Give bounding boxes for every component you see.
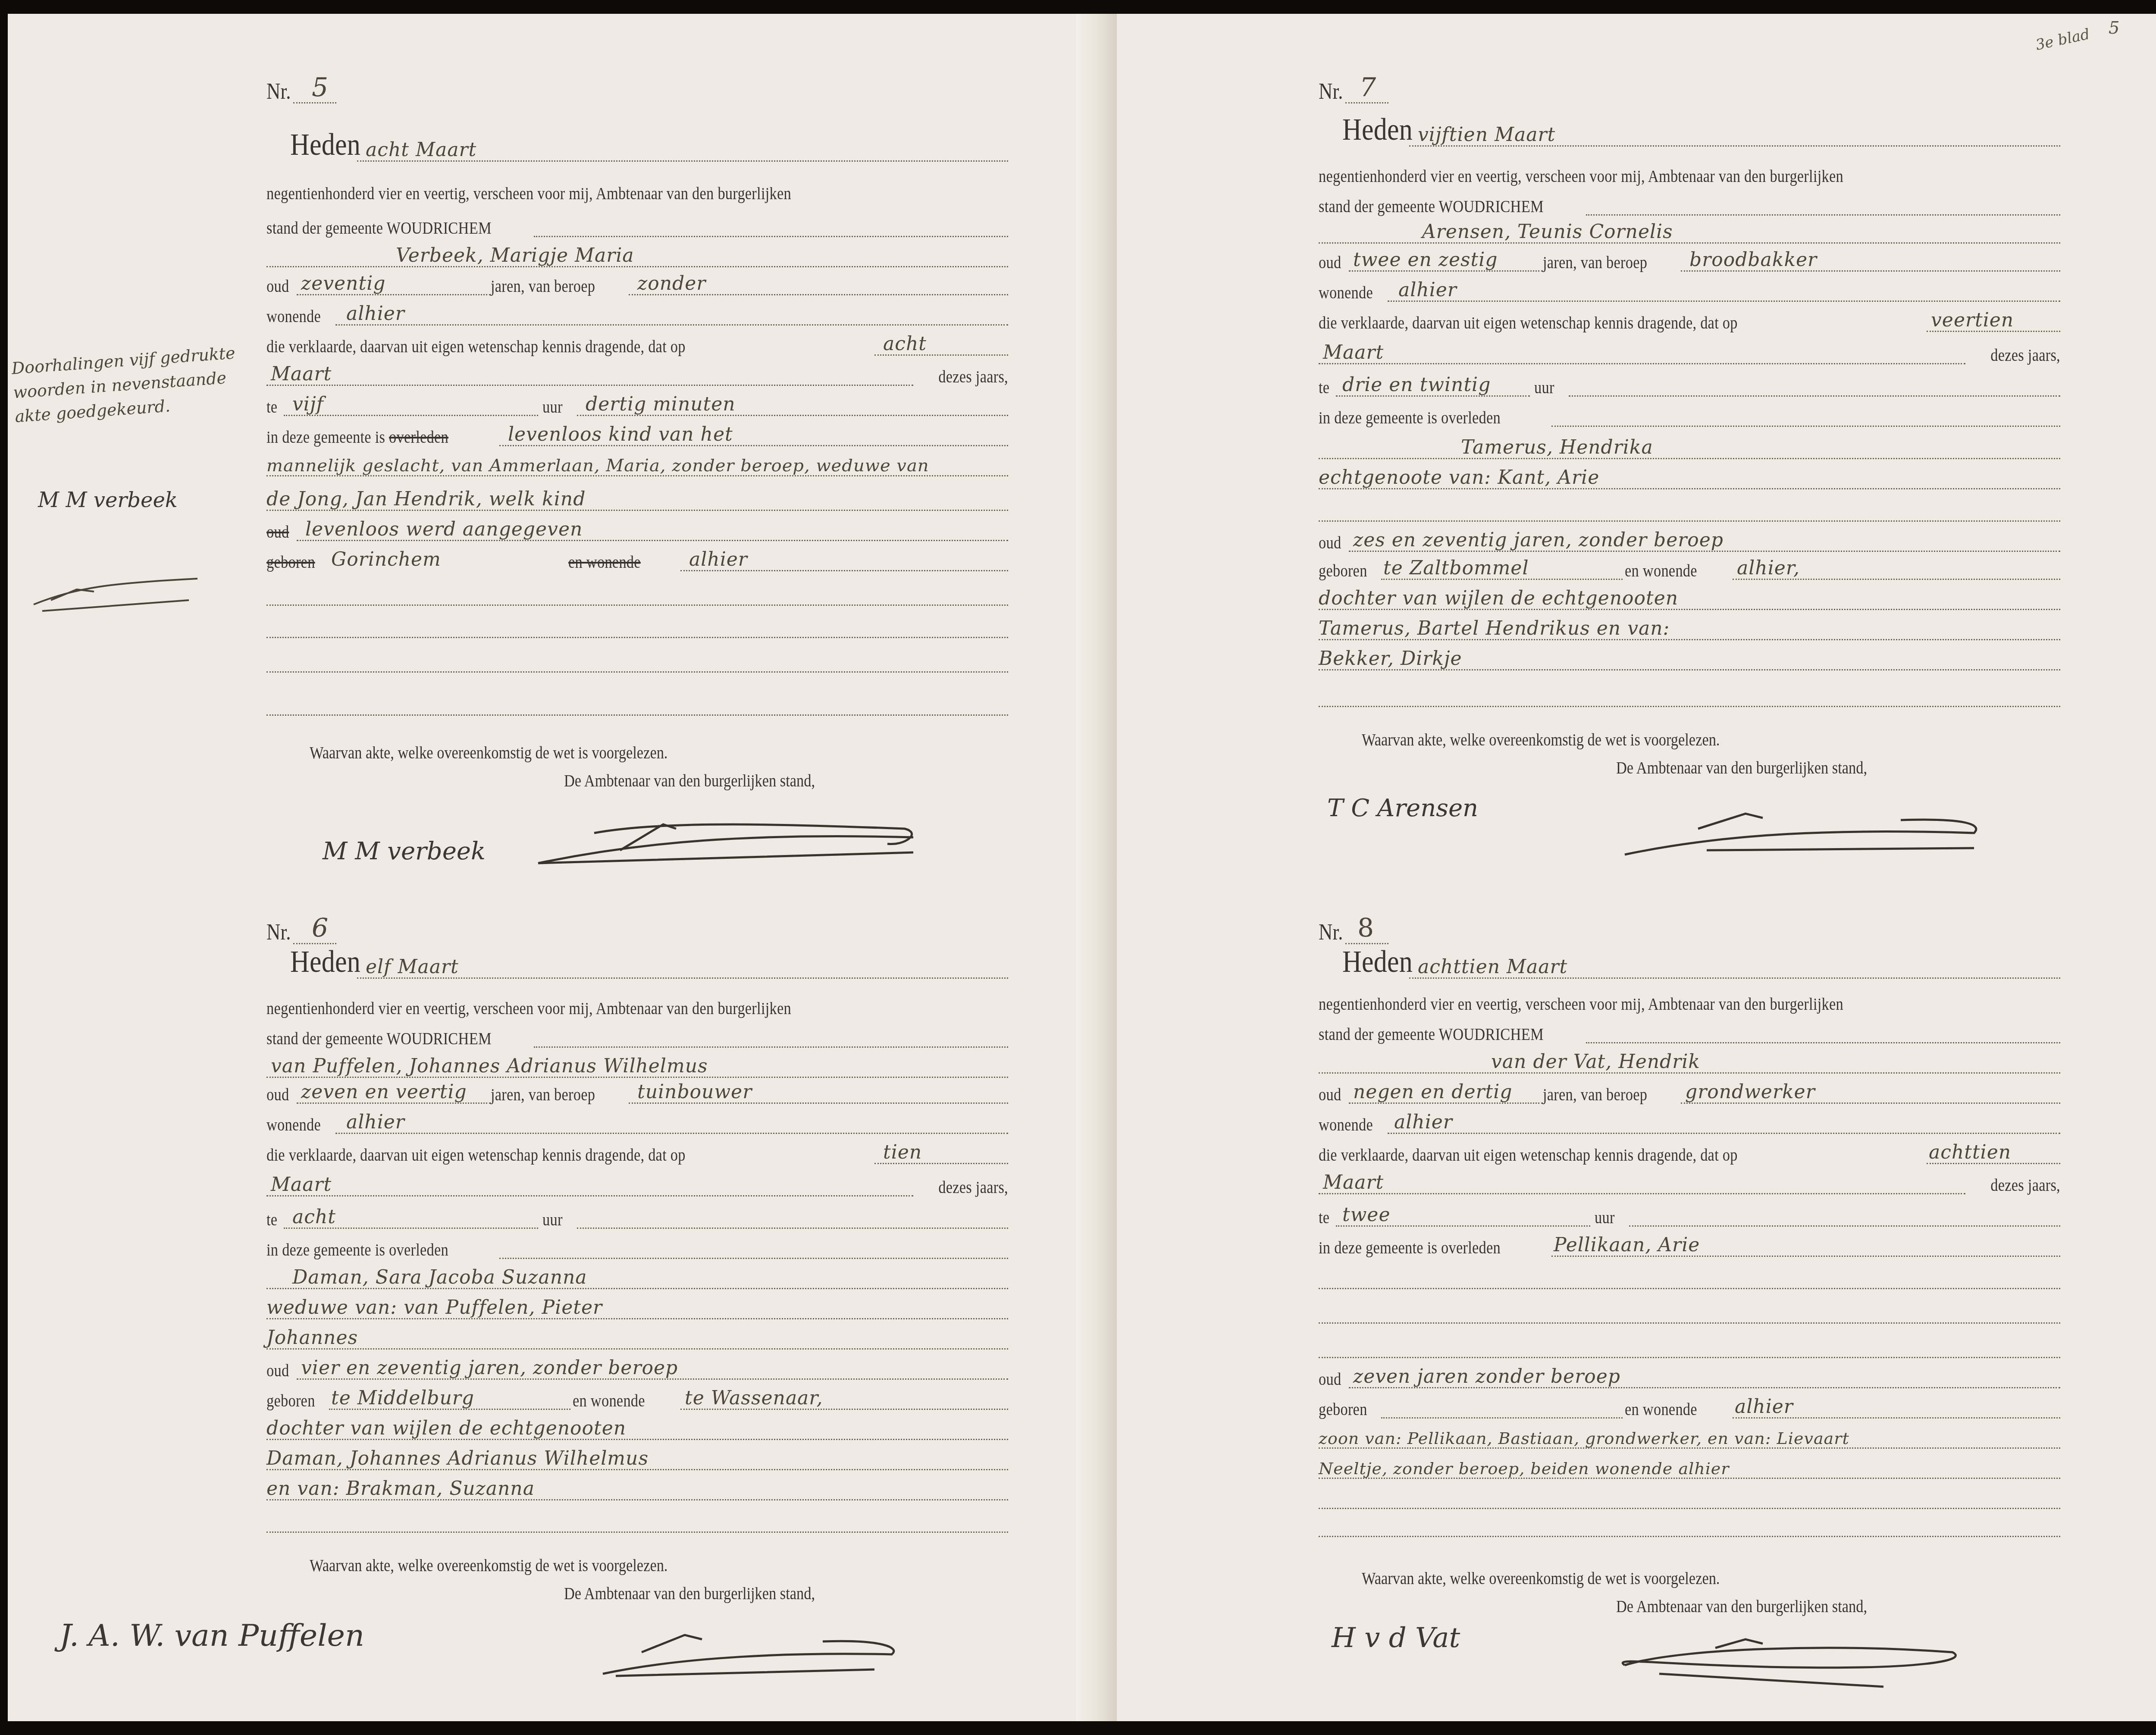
declarant-occupation: broodbakker [1689, 249, 1817, 271]
parents-line-2: Daman, Johannes Adrianus Wilhelmus [266, 1447, 649, 1469]
verklaarde-line: die verklaarde, daarvan uit eigen wetens… [1319, 1145, 1738, 1165]
en-wonende-label: en wonende [573, 1391, 645, 1411]
akte-number: 8 [1357, 913, 1374, 943]
deceased-line-1: Pellikaan, Arie [1554, 1234, 1700, 1256]
deceased-line-3: Johannes [266, 1327, 358, 1349]
heden-date: vijftien Maart [1418, 124, 1555, 146]
deceased-line-2: mannelijk geslacht, van Ammerlaan, Maria… [266, 456, 929, 476]
death-hour: twee [1342, 1204, 1390, 1226]
wonende-label: wonende [266, 1115, 321, 1135]
corner-mark: 5 [2109, 18, 2119, 38]
jaren-beroep-label: jaren, van beroep [491, 276, 595, 296]
official-title: De Ambtenaar van den burgerlijken stand, [1616, 758, 1867, 778]
declarant-residence: alhier [346, 303, 405, 325]
declarant-name: Arensen, Teunis Cornelis [1422, 221, 1673, 243]
akte-number: 6 [312, 913, 329, 943]
deceased-line-3: de Jong, Jan Hendrik, welk kind [266, 488, 586, 510]
declarant-name: Verbeek, Marigje Maria [396, 244, 634, 266]
margin-official-signature [25, 570, 206, 613]
declarant-name: van der Vat, Hendrik [1491, 1051, 1700, 1073]
declarant-residence: alhier [1394, 1111, 1453, 1133]
akte-number: 5 [312, 72, 329, 103]
preamble-line: negentienhonderd vier en veertig, versch… [266, 998, 791, 1018]
uur-label: uur [542, 1209, 563, 1230]
residing: alhier [689, 548, 748, 570]
jaren-beroep-label: jaren, van beroep [1543, 252, 1647, 272]
geboren-label: geboren [1319, 1399, 1367, 1419]
en-wonende-label: en wonende [1625, 561, 1697, 581]
deceased-age-occupation: zeven jaren zonder beroep [1353, 1365, 1620, 1387]
heden-label: Heden [290, 127, 360, 162]
declarant-signature: H v d Vat [1332, 1622, 1460, 1654]
closing-statement: Waarvan akte, welke overeenkomstig de we… [310, 742, 667, 763]
wonende-label: wonende [1319, 282, 1373, 303]
official-signature [1616, 1631, 1961, 1691]
death-month: Maart [271, 1174, 332, 1196]
birthplace: te Middelburg [331, 1387, 474, 1409]
overleden-line: in deze gemeente is overleden [1319, 1237, 1501, 1258]
death-month: Maart [1323, 1171, 1384, 1193]
geboren-label-struck: geboren [266, 552, 315, 572]
oud-label: oud [1319, 532, 1341, 553]
closing-statement: Waarvan akte, welke overeenkomstig de we… [1362, 1568, 1720, 1588]
jaren-beroep-label: jaren, van beroep [1543, 1084, 1647, 1105]
te-label: te [266, 397, 277, 417]
oud-label: oud [266, 276, 289, 296]
closing-statement: Waarvan akte, welke overeenkomstig de we… [1362, 730, 1720, 750]
heden-date: achttien Maart [1418, 956, 1567, 978]
declarant-residence: alhier [346, 1111, 405, 1133]
uur-label: uur [542, 397, 563, 417]
preamble-line: negentienhonderd vier en veertig, versch… [1319, 166, 1843, 186]
nr-label: Nr. [266, 920, 291, 945]
heden-date: acht Maart [366, 139, 476, 161]
death-day: veertien [1931, 309, 2014, 331]
jaren-beroep-label: jaren, van beroep [491, 1084, 595, 1105]
declarant-age: twee en zestig [1353, 249, 1498, 271]
nr-label: Nr. [266, 79, 291, 104]
deceased-line-2: weduwe van: van Puffelen, Pieter [266, 1297, 602, 1318]
deceased-age-occupation: zes en zeventig jaren, zonder beroep [1353, 529, 1724, 551]
closing-statement: Waarvan akte, welke overeenkomstig de we… [310, 1555, 667, 1575]
left-page: Doorhalingen vijf gedrukte woorden in ne… [8, 14, 1076, 1721]
declarant-age: zeventig [301, 272, 385, 294]
declarant-age: zeven en veertig [301, 1081, 467, 1103]
deceased-line-1: Tamerus, Hendrika [1461, 436, 1653, 458]
en-wonende-struck: en wonende [568, 552, 641, 572]
preamble-line: negentienhonderd vier en veertig, versch… [266, 183, 791, 204]
overleden-line: in deze gemeente is overleden [1319, 407, 1501, 428]
oud-label: oud [1319, 252, 1341, 272]
oud-label-struck: oud [266, 522, 289, 542]
oud-label: oud [1319, 1369, 1341, 1389]
death-day: achttien [1929, 1141, 2011, 1163]
te-label: te [1319, 1207, 1329, 1228]
deceased-line-1: Daman, Sara Jacoba Suzanna [292, 1266, 587, 1288]
overleden-line: in deze gemeente is overleden [266, 1240, 448, 1260]
oud-label: oud [266, 1084, 289, 1105]
dezes-jaars-label: dezes jaars, [938, 1177, 1008, 1197]
declarant-occupation: zonder [637, 272, 706, 294]
declarant-occupation: grondwerker [1685, 1081, 1815, 1103]
deceased-age-occupation: vier en zeventig jaren, zonder beroep [301, 1357, 678, 1379]
death-day: acht [883, 333, 927, 355]
parents-line-3: Bekker, Dirkje [1319, 648, 1462, 670]
stand-gemeente: stand der gemeente WOUDRICHEM [266, 218, 492, 238]
parents-line-1: dochter van wijlen de echtgenooten [266, 1417, 626, 1439]
geboren-label: geboren [1319, 561, 1367, 581]
wonende-label: wonende [266, 306, 321, 326]
official-signature [534, 811, 922, 872]
right-page: 3e blad 5 Nr. 7 Heden vijftien Maart neg… [1117, 14, 2156, 1721]
stand-gemeente: stand der gemeente WOUDRICHEM [1319, 196, 1544, 216]
parents-line-3: en van: Brakman, Suzanna [266, 1478, 535, 1500]
death-day: tien [883, 1141, 922, 1163]
heden-label: Heden [290, 944, 360, 979]
official-signature [599, 1626, 900, 1678]
death-month: Maart [271, 363, 332, 385]
geboren-label: geboren [266, 1391, 315, 1411]
stand-gemeente: stand der gemeente WOUDRICHEM [266, 1028, 492, 1049]
birthplace: te Zaltbommel [1383, 557, 1529, 579]
te-label: te [266, 1209, 277, 1230]
declarant-occupation: tuinbouwer [637, 1081, 752, 1103]
death-hour: drie en twintig [1342, 374, 1491, 396]
deceased-line-1: levenloos kind van het [508, 423, 733, 445]
wonende-label: wonende [1319, 1115, 1373, 1135]
dezes-jaars-label: dezes jaars, [1990, 1175, 2060, 1195]
parents-line-2: Neeltje, zonder beroep, beiden wonende a… [1319, 1459, 1730, 1478]
stand-gemeente: stand der gemeente WOUDRICHEM [1319, 1024, 1544, 1044]
verklaarde-line: die verklaarde, daarvan uit eigen wetens… [266, 336, 686, 357]
heden-date: elf Maart [366, 956, 459, 978]
verklaarde-line: die verklaarde, daarvan uit eigen wetens… [266, 1145, 686, 1165]
uur-label: uur [1534, 377, 1554, 398]
nr-label: Nr. [1319, 920, 1343, 945]
declarant-name: van Puffelen, Johannes Adrianus Wilhelmu… [271, 1055, 708, 1077]
death-hour: vijf [292, 393, 324, 415]
residing: te Wassenaar, [685, 1387, 823, 1409]
death-month: Maart [1323, 341, 1384, 363]
official-title: De Ambtenaar van den burgerlijken stand, [1616, 1596, 1867, 1616]
margin-annotation: Doorhalingen vijf gedrukte woorden in ne… [11, 340, 257, 429]
corner-note: 3e blad [2034, 25, 2091, 54]
declarant-signature: T C Arensen [1327, 794, 1478, 822]
death-hour: acht [292, 1206, 336, 1228]
uur-label: uur [1595, 1207, 1615, 1228]
parents-line-2: Tamerus, Bartel Hendrikus en van: [1319, 617, 1670, 639]
official-title: De Ambtenaar van den burgerlijken stand, [564, 770, 815, 791]
declarant-residence: alhier [1398, 279, 1457, 301]
heden-label: Heden [1342, 944, 1413, 979]
residing: alhier, [1737, 557, 1800, 579]
margin-signature: M M verbeek [38, 488, 178, 512]
preamble-line: negentienhonderd vier en veertig, versch… [1319, 994, 1843, 1014]
akte-number: 7 [1360, 72, 1376, 103]
heden-label: Heden [1342, 112, 1413, 147]
birthplace: Gorinchem [331, 548, 441, 570]
declarant-signature: J. A. W. van Puffelen [60, 1618, 364, 1653]
official-signature [1620, 803, 1983, 863]
book-gutter [1076, 14, 1117, 1721]
deceased-line-2: echtgenoote van: Kant, Arie [1319, 467, 1599, 489]
deceased-line-4: levenloos werd aangegeven [305, 518, 583, 540]
death-minutes: dertig minuten [586, 393, 736, 415]
te-label: te [1319, 377, 1329, 398]
verklaarde-line: die verklaarde, daarvan uit eigen wetens… [1319, 313, 1738, 333]
oud-label: oud [1319, 1084, 1341, 1105]
official-title: De Ambtenaar van den burgerlijken stand, [564, 1583, 815, 1603]
en-wonende-label: en wonende [1625, 1399, 1697, 1419]
nr-label: Nr. [1319, 79, 1343, 104]
oud-label: oud [266, 1360, 289, 1381]
declarant-signature: M M verbeek [323, 837, 486, 865]
parents-line-1: zoon van: Pellikaan, Bastiaan, grondwerk… [1319, 1429, 1849, 1448]
overleden-line: in deze gemeente is overleden [266, 427, 448, 447]
dezes-jaars-label: dezes jaars, [938, 366, 1008, 387]
parents-line-1: dochter van wijlen de echtgenooten [1319, 587, 1678, 609]
declarant-age: negen en dertig [1353, 1081, 1512, 1103]
residing: alhier [1735, 1396, 1793, 1418]
dezes-jaars-label: dezes jaars, [1990, 345, 2060, 365]
